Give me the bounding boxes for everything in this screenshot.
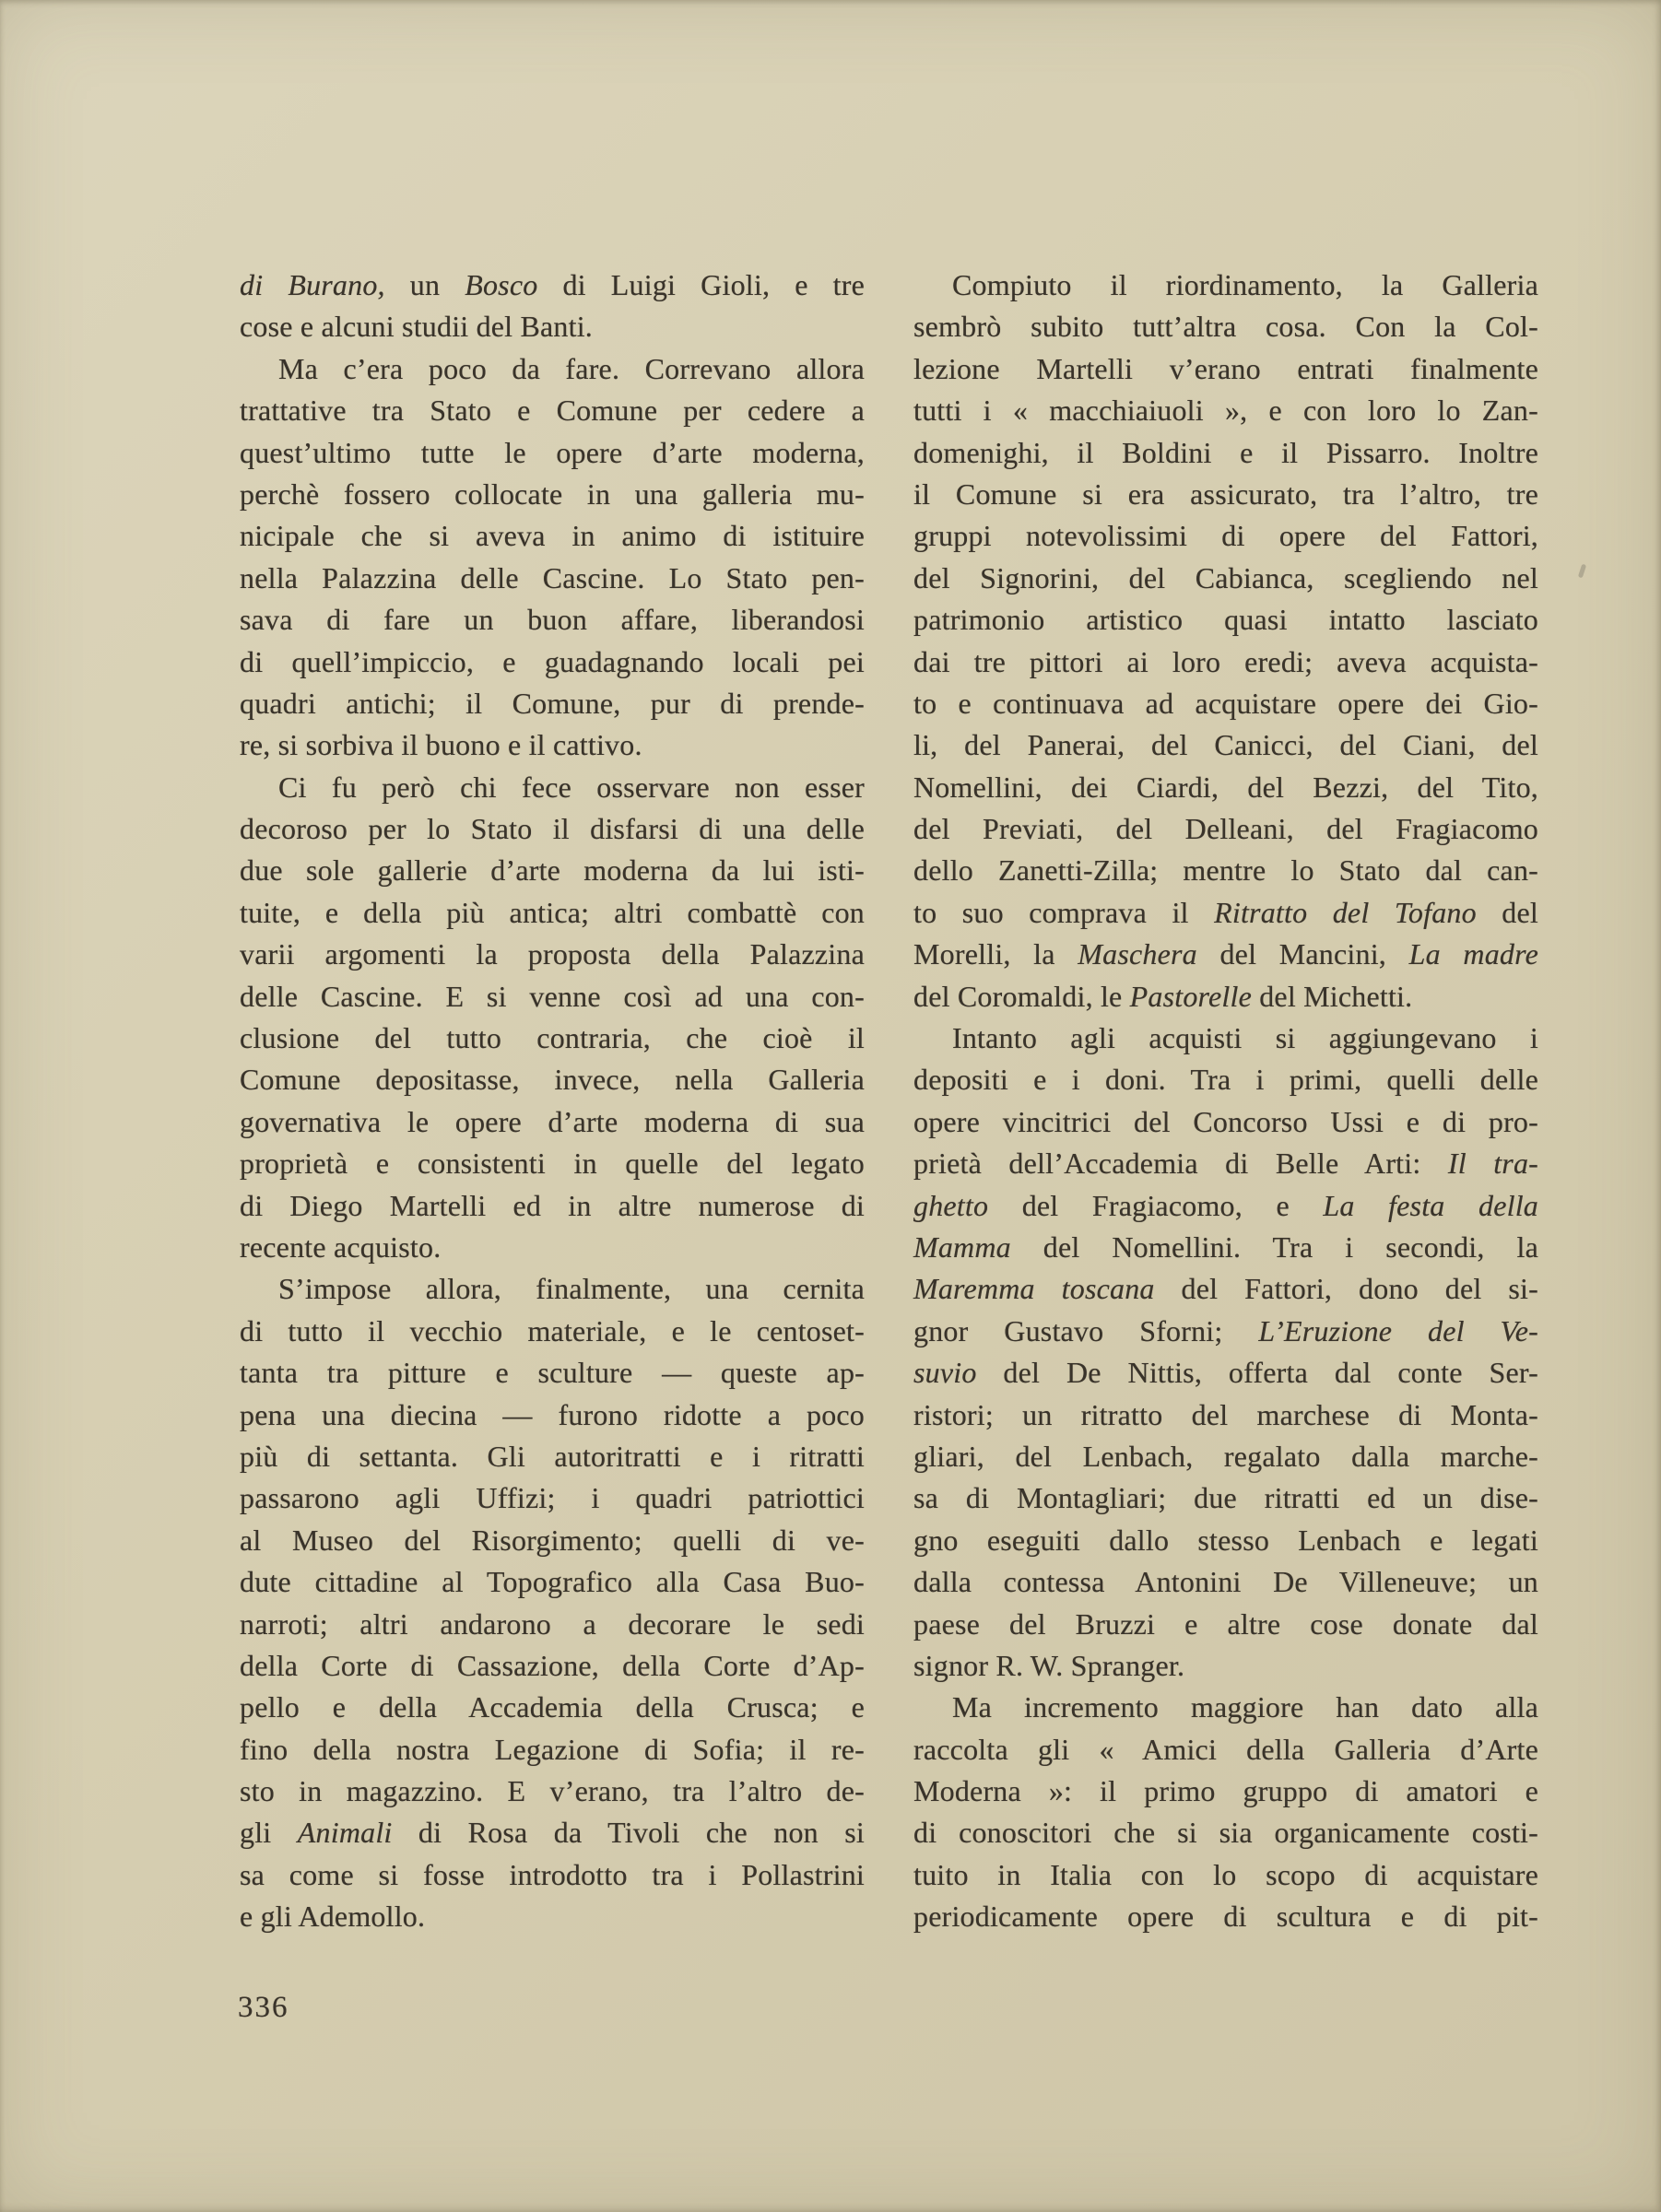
text-segment: signor R. W. Spranger. — [913, 1649, 1184, 1682]
text-line: sa come si fosse introdotto tra i Pollas… — [240, 1854, 865, 1896]
text-segment: Ci fu però chi fece osservare non esser — [278, 771, 865, 804]
text-line: del Signorini, del Cabianca, scegliendo … — [913, 558, 1538, 599]
text-line: di Burano, un Bosco di Luigi Gioli, e tr… — [240, 265, 865, 306]
text-line: paese del Bruzzi e altre cose donate dal — [913, 1604, 1538, 1645]
italic-text-segment: Maremma toscana — [913, 1272, 1155, 1305]
text-line: della Corte di Cassazione, della Corte d… — [240, 1645, 865, 1687]
text-segment: periodicamente opere di scultura e di pi… — [913, 1900, 1538, 1933]
text-line: pello e della Accademia della Crusca; e — [240, 1687, 865, 1728]
text-segment: del Signorini, del Cabianca, scegliendo … — [913, 561, 1538, 594]
text-line: Ma c’era poco da fare. Correvano allora — [240, 348, 865, 390]
text-segment: gruppi notevolissimi di opere del Fattor… — [913, 519, 1538, 552]
text-segment: di quell’impiccio, e guadagnando locali … — [240, 645, 865, 678]
text-line: ghetto del Fragiacomo, e La festa della — [913, 1185, 1538, 1227]
text-line: cose e alcuni studii del Banti. — [240, 306, 865, 347]
text-segment: gli — [240, 1816, 298, 1849]
text-segment: Moderna »: il primo gruppo di amatori e — [913, 1774, 1538, 1807]
text-line: di tutto il vecchio materiale, e le cent… — [240, 1311, 865, 1352]
text-line: Ma incremento maggiore han dato alla — [913, 1687, 1538, 1728]
italic-text-segment: L’Eruzione del Ve- — [1258, 1314, 1538, 1347]
text-line: suvio del De Nittis, offerta dal conte S… — [913, 1352, 1538, 1394]
text-segment: Nomellini, dei Ciardi, del Bezzi, del Ti… — [913, 771, 1538, 804]
text-line: depositi e i doni. Tra i primi, quelli d… — [913, 1059, 1538, 1100]
text-line: Intanto agli acquisti si aggiungevano i — [913, 1018, 1538, 1059]
text-line: lezione Martelli v’erano entrati finalme… — [913, 348, 1538, 390]
text-segment: fino della nostra Legazione di Sofia; il… — [240, 1733, 865, 1766]
text-segment: Ma c’era poco da fare. Correvano allora — [278, 352, 865, 385]
text-line: di Diego Martelli ed in altre numerose d… — [240, 1185, 865, 1227]
text-line: domenighi, il Boldini e il Pissarro. Ino… — [913, 432, 1538, 474]
text-segment: quest’ultimo tutte le opere d’arte moder… — [240, 436, 865, 469]
italic-text-segment: La madre — [1409, 937, 1538, 971]
text-segment: to e continuava ad acquistare opere dei … — [913, 687, 1538, 720]
text-line: pena una diecina — furono ridotte a poco — [240, 1394, 865, 1436]
text-line: gno eseguiti dallo stesso Lenbach e lega… — [913, 1520, 1538, 1561]
text-segment: passarono agli Uffizi; i quadri patriott… — [240, 1481, 865, 1514]
text-segment: dalla contessa Antonini De Villeneuve; u… — [913, 1565, 1538, 1598]
text-line: nella Palazzina delle Cascine. Lo Stato … — [240, 558, 865, 599]
text-line: del Coromaldi, le Pastorelle del Michett… — [913, 976, 1538, 1018]
text-line: e gli Ademollo. — [240, 1896, 865, 1937]
italic-text-segment: Maschera — [1078, 937, 1197, 971]
text-line: più di settanta. Gli autoritratti e i ri… — [240, 1436, 865, 1477]
text-line: gnor Gustavo Sforni; L’Eruzione del Ve- — [913, 1311, 1538, 1352]
text-segment: proprietà e consistenti in quelle del le… — [240, 1147, 865, 1180]
text-column-right: Compiuto il riordinamento, la Galleriase… — [913, 265, 1538, 1938]
text-segment: prietà dell’Accademia di Belle Arti: — [913, 1147, 1448, 1180]
text-segment: del Fragiacomo, e — [988, 1189, 1323, 1222]
text-line: tanta tra pitture e sculture — queste ap… — [240, 1352, 865, 1394]
italic-text-segment: Ritratto del Tofano — [1214, 896, 1477, 929]
text-line: narroti; altri andarono a decorare le se… — [240, 1604, 865, 1645]
text-line: due sole gallerie d’arte moderna da lui … — [240, 850, 865, 891]
text-line: tutti i « macchiaiuoli », e con loro lo … — [913, 390, 1538, 431]
italic-text-segment: Pastorelle — [1130, 980, 1252, 1013]
text-segment: di Diego Martelli ed in altre numerose d… — [240, 1189, 865, 1222]
italic-text-segment: Animali — [298, 1816, 393, 1849]
text-segment: to suo comprava il — [913, 896, 1214, 929]
text-segment: Morelli, la — [913, 937, 1078, 971]
text-segment: tanta tra pitture e sculture — queste ap… — [240, 1356, 865, 1389]
text-segment: ristori; un ritratto del marchese di Mon… — [913, 1398, 1538, 1431]
text-segment: un — [385, 268, 465, 301]
text-segment: sava di fare un buon affare, liberandosi — [240, 603, 865, 636]
text-segment: nella Palazzina delle Cascine. Lo Stato … — [240, 561, 865, 594]
text-segment: nicipale che si aveva in animo di istitu… — [240, 519, 865, 552]
text-line: sembrò subito tutt’altra cosa. Con la Co… — [913, 306, 1538, 347]
text-segment: della Corte di Cassazione, della Corte d… — [240, 1649, 865, 1682]
text-segment: del De Nittis, offerta dal conte Ser- — [977, 1356, 1538, 1389]
text-segment: recente acquisto. — [240, 1230, 441, 1264]
italic-text-segment: suvio — [913, 1356, 977, 1389]
text-line: recente acquisto. — [240, 1227, 865, 1268]
text-line: Maremma toscana del Fattori, dono del si… — [913, 1268, 1538, 1310]
text-segment: tutti i « macchiaiuoli », e con loro lo … — [913, 394, 1538, 427]
text-segment: li, del Panerai, del Canicci, del Ciani,… — [913, 728, 1538, 761]
text-line: quest’ultimo tutte le opere d’arte moder… — [240, 432, 865, 474]
text-segment: al Museo del Risorgimento; quelli di ve- — [240, 1524, 865, 1557]
text-line: dello Zanetti-Zilla; mentre lo Stato dal… — [913, 850, 1538, 891]
book-page: di Burano, un Bosco di Luigi Gioli, e tr… — [0, 0, 1661, 2212]
text-line: fino della nostra Legazione di Sofia; il… — [240, 1729, 865, 1771]
text-segment: di tutto il vecchio materiale, e le cent… — [240, 1314, 865, 1347]
italic-text-segment: La festa della — [1323, 1189, 1538, 1222]
text-segment: decoroso per lo Stato il disfarsi di una… — [240, 812, 865, 845]
text-line: sa di Montagliari; due ritratti ed un di… — [913, 1477, 1538, 1519]
text-segment: del Fattori, dono del si- — [1155, 1272, 1538, 1305]
text-line: opere vincitrici del Concorso Ussi e di … — [913, 1101, 1538, 1143]
text-line: nicipale che si aveva in animo di istitu… — [240, 515, 865, 557]
text-segment: narroti; altri andarono a decorare le se… — [240, 1607, 865, 1641]
text-line: governativa le opere d’arte moderna di s… — [240, 1101, 865, 1143]
text-segment: Ma incremento maggiore han dato alla — [952, 1690, 1538, 1724]
italic-text-segment: Il tra- — [1448, 1147, 1538, 1180]
text-segment: di Luigi Gioli, e tre — [537, 268, 865, 301]
italic-text-segment: Mamma — [913, 1230, 1011, 1264]
text-line: Comune depositasse, invece, nella Galler… — [240, 1059, 865, 1100]
text-segment: tuite, e della più antica; altri combatt… — [240, 896, 865, 929]
text-line: sto in magazzino. E v’erano, tra l’altro… — [240, 1771, 865, 1812]
scan-speck — [1578, 564, 1586, 579]
text-segment: lezione Martelli v’erano entrati finalme… — [913, 352, 1538, 385]
text-line: clusione del tutto contraria, che cioè i… — [240, 1018, 865, 1059]
text-line: signor R. W. Spranger. — [913, 1645, 1538, 1687]
text-line: tuite, e della più antica; altri combatt… — [240, 892, 865, 934]
text-segment: sa di Montagliari; due ritratti ed un di… — [913, 1481, 1538, 1514]
text-line: il Comune si era assicurato, tra l’altro… — [913, 474, 1538, 515]
text-segment: cose e alcuni studii del Banti. — [240, 310, 593, 343]
text-segment: di conoscitori che si sia organicamente … — [913, 1816, 1538, 1849]
text-line: dai tre pittori ai loro eredi; aveva acq… — [913, 641, 1538, 683]
text-segment: dai tre pittori ai loro eredi; aveva acq… — [913, 645, 1538, 678]
text-segment: patrimonio artistico quasi intatto lasci… — [913, 603, 1538, 636]
text-segment: quadri antichi; il Comune, pur di prende… — [240, 687, 865, 720]
text-line: dute cittadine al Topografico alla Casa … — [240, 1561, 865, 1603]
text-line: decoroso per lo Stato il disfarsi di una… — [240, 808, 865, 850]
text-line: Nomellini, dei Ciardi, del Bezzi, del Ti… — [913, 767, 1538, 808]
text-line: gli Animali di Rosa da Tivoli che non si — [240, 1812, 865, 1853]
text-line: to e continuava ad acquistare opere dei … — [913, 683, 1538, 724]
text-segment: del Mancini, — [1197, 937, 1409, 971]
text-segment: gliari, del Lenbach, regalato dalla marc… — [913, 1440, 1538, 1473]
text-segment: perchè fossero collocate in una galleria… — [240, 477, 865, 511]
text-segment: varii argomenti la proposta della Palazz… — [240, 937, 865, 971]
text-segment: tuito in Italia con lo scopo di acquista… — [913, 1858, 1538, 1891]
text-segment: il Comune si era assicurato, tra l’altro… — [913, 477, 1538, 511]
text-segment: di Rosa da Tivoli che non si — [393, 1816, 865, 1849]
text-line: di quell’impiccio, e guadagnando locali … — [240, 641, 865, 683]
text-segment: pena una diecina — furono ridotte a poco — [240, 1398, 865, 1431]
text-segment: del Nomellini. Tra i secondi, la — [1011, 1230, 1538, 1264]
text-segment: del — [1477, 896, 1538, 929]
text-line: del Previati, del Delleani, del Fragiaco… — [913, 808, 1538, 850]
text-segment: più di settanta. Gli autoritratti e i ri… — [240, 1440, 865, 1473]
text-segment: del Michetti. — [1252, 980, 1412, 1013]
text-line: Moderna »: il primo gruppo di amatori e — [913, 1771, 1538, 1812]
text-line: S’impose allora, finalmente, una cernita — [240, 1268, 865, 1310]
text-line: tuito in Italia con lo scopo di acquista… — [913, 1854, 1538, 1896]
text-line: trattative tra Stato e Comune per cedere… — [240, 390, 865, 431]
text-line: gliari, del Lenbach, regalato dalla marc… — [913, 1436, 1538, 1477]
text-segment: opere vincitrici del Concorso Ussi e di … — [913, 1105, 1538, 1138]
text-column-left: di Burano, un Bosco di Luigi Gioli, e tr… — [240, 265, 865, 1938]
text-line: li, del Panerai, del Canicci, del Ciani,… — [913, 724, 1538, 766]
text-line: Mamma del Nomellini. Tra i secondi, la — [913, 1227, 1538, 1268]
text-segment: due sole gallerie d’arte moderna da lui … — [240, 853, 865, 887]
text-line: prietà dell’Accademia di Belle Arti: Il … — [913, 1143, 1538, 1184]
italic-text-segment: di Burano, — [240, 268, 385, 301]
text-line: varii argomenti la proposta della Palazz… — [240, 934, 865, 975]
text-segment: raccolta gli « Amici della Galleria d’Ar… — [913, 1733, 1538, 1766]
text-line: Morelli, la Maschera del Mancini, La mad… — [913, 934, 1538, 975]
text-segment: domenighi, il Boldini e il Pissarro. Ino… — [913, 436, 1538, 469]
text-line: al Museo del Risorgimento; quelli di ve- — [240, 1520, 865, 1561]
text-segment: pello e della Accademia della Crusca; e — [240, 1690, 865, 1724]
text-segment: gno eseguiti dallo stesso Lenbach e lega… — [913, 1524, 1538, 1557]
text-segment: del Coromaldi, le — [913, 980, 1130, 1013]
text-segment: sembrò subito tutt’altra cosa. Con la Co… — [913, 310, 1538, 343]
text-segment: Intanto agli acquisti si aggiungevano i — [952, 1021, 1538, 1054]
text-line: sava di fare un buon affare, liberandosi — [240, 599, 865, 641]
text-line: proprietà e consistenti in quelle del le… — [240, 1143, 865, 1184]
text-segment: governativa le opere d’arte moderna di s… — [240, 1105, 865, 1138]
text-segment: sto in magazzino. E v’erano, tra l’altro… — [240, 1774, 865, 1807]
text-segment: S’impose allora, finalmente, una cernita — [278, 1272, 865, 1305]
text-line: re, si sorbiva il buono e il cattivo. — [240, 724, 865, 766]
text-line: passarono agli Uffizi; i quadri patriott… — [240, 1477, 865, 1519]
text-line: perchè fossero collocate in una galleria… — [240, 474, 865, 515]
text-segment: dute cittadine al Topografico alla Casa … — [240, 1565, 865, 1598]
text-segment: e gli Ademollo. — [240, 1900, 425, 1933]
text-line: to suo comprava il Ritratto del Tofano d… — [913, 892, 1538, 934]
text-line: periodicamente opere di scultura e di pi… — [913, 1896, 1538, 1937]
text-line: ristori; un ritratto del marchese di Mon… — [913, 1394, 1538, 1436]
text-line: quadri antichi; il Comune, pur di prende… — [240, 683, 865, 724]
text-line: Compiuto il riordinamento, la Galleria — [913, 265, 1538, 306]
text-segment: sa come si fosse introdotto tra i Pollas… — [240, 1858, 865, 1891]
text-line: gruppi notevolissimi di opere del Fattor… — [913, 515, 1538, 557]
text-line: patrimonio artistico quasi intatto lasci… — [913, 599, 1538, 641]
text-segment: depositi e i doni. Tra i primi, quelli d… — [913, 1063, 1538, 1096]
italic-text-segment: ghetto — [913, 1189, 988, 1222]
text-segment: paese del Bruzzi e altre cose donate dal — [913, 1607, 1538, 1641]
text-line: Ci fu però chi fece osservare non esser — [240, 767, 865, 808]
italic-text-segment: Bosco — [465, 268, 537, 301]
text-segment: del Previati, del Delleani, del Fragiaco… — [913, 812, 1538, 845]
text-segment: dello Zanetti-Zilla; mentre lo Stato dal… — [913, 853, 1538, 887]
text-segment: re, si sorbiva il buono e il cattivo. — [240, 728, 642, 761]
text-line: dalla contessa Antonini De Villeneuve; u… — [913, 1561, 1538, 1603]
text-line: di conoscitori che si sia organicamente … — [913, 1812, 1538, 1853]
text-line: delle Cascine. E si venne così ad una co… — [240, 976, 865, 1018]
text-line: raccolta gli « Amici della Galleria d’Ar… — [913, 1729, 1538, 1771]
text-segment: Comune depositasse, invece, nella Galler… — [240, 1063, 865, 1096]
text-segment: trattative tra Stato e Comune per cedere… — [240, 394, 865, 427]
text-segment: clusione del tutto contraria, che cioè i… — [240, 1021, 865, 1054]
text-segment: gnor Gustavo Sforni; — [913, 1314, 1258, 1347]
page-number: 336 — [238, 1991, 289, 2025]
text-segment: delle Cascine. E si venne così ad una co… — [240, 980, 865, 1013]
text-segment: Compiuto il riordinamento, la Galleria — [952, 268, 1538, 301]
